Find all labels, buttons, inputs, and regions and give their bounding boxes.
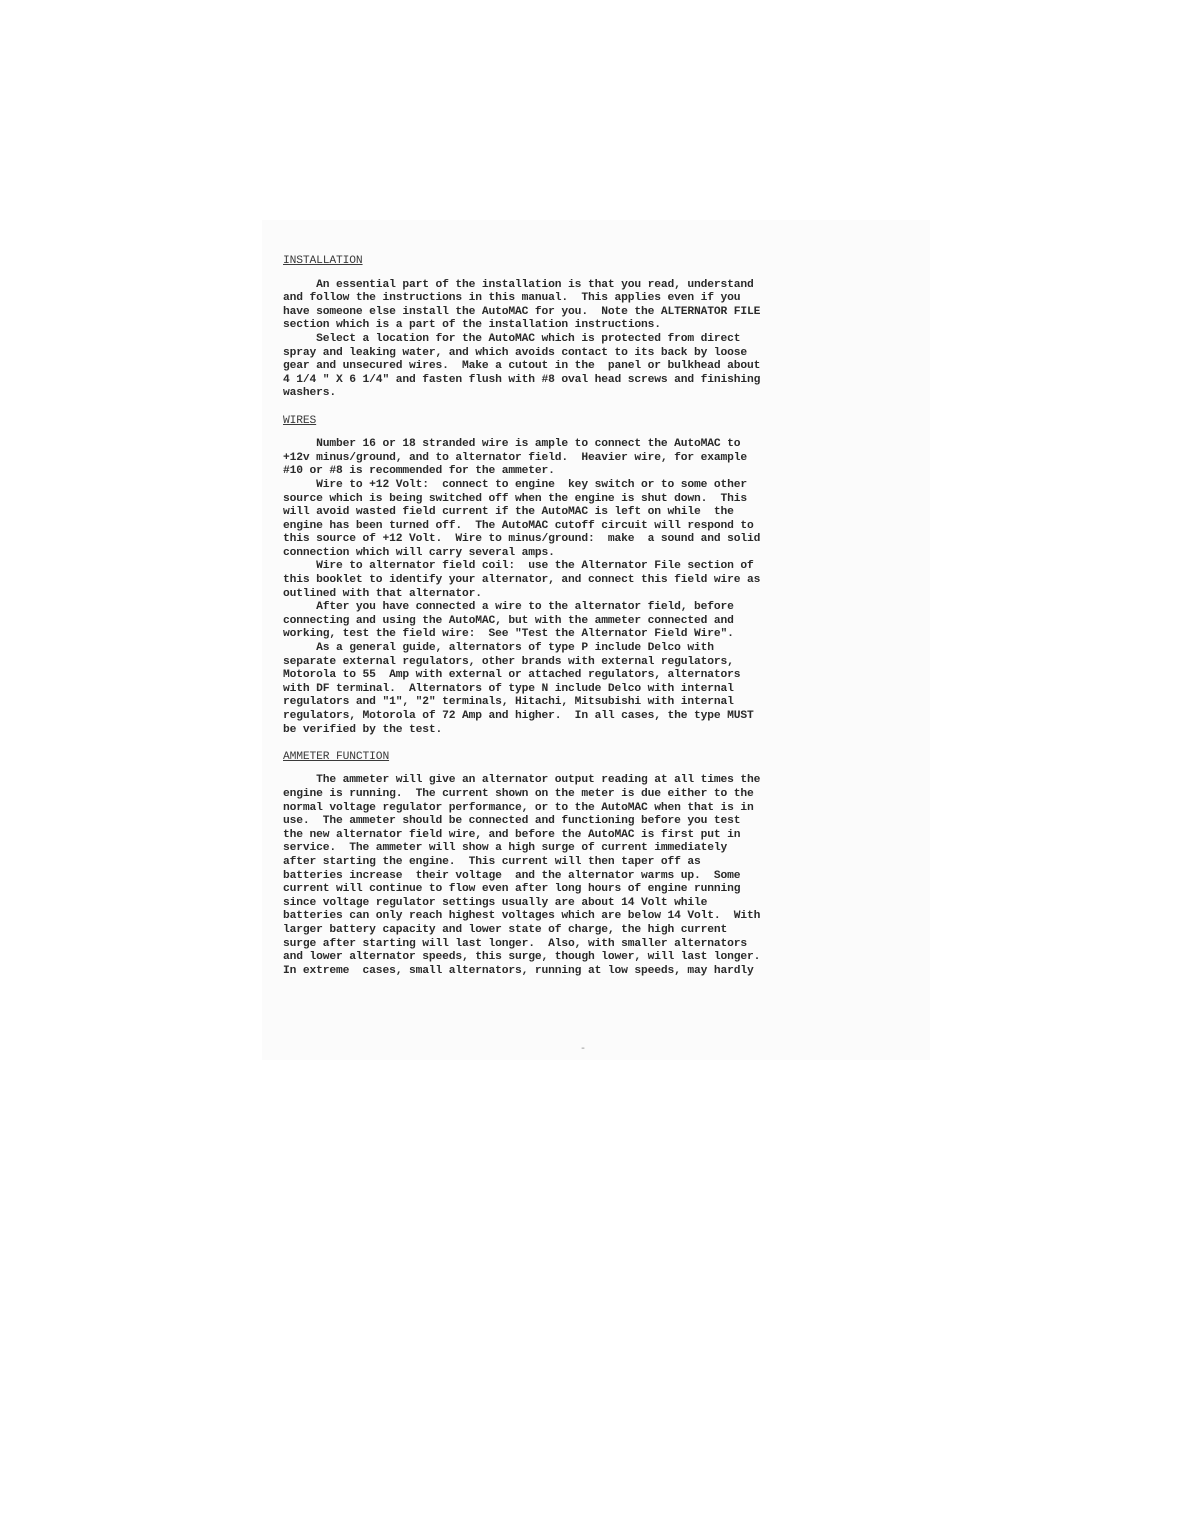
text-line: service. The ammeter will show a high su…: [283, 842, 903, 856]
section-heading: INSTALLATION: [283, 255, 903, 269]
text-line: gear and unsecured wires. Make a cutout …: [283, 360, 903, 374]
text-line: be verified by the test.: [283, 724, 903, 738]
text-line: working, test the field wire: See "Test …: [283, 628, 903, 642]
page-marker: -: [580, 1044, 586, 1055]
text-line: larger battery capacity and lower state …: [283, 924, 903, 938]
text-line: engine is running. The current shown on …: [283, 788, 903, 802]
text-line: engine has been turned off. The AutoMAC …: [283, 520, 903, 534]
text-line: after starting the engine. This current …: [283, 856, 903, 870]
text-line: current will continue to flow even after…: [283, 883, 903, 897]
text-line: #10 or #8 is recommended for the ammeter…: [283, 465, 903, 479]
text-line: batteries increase their voltage and the…: [283, 870, 903, 884]
text-line: connection which will carry several amps…: [283, 547, 903, 561]
text-line: An essential part of the installation is…: [283, 279, 903, 293]
text-line: normal voltage regulator performance, or…: [283, 802, 903, 816]
section-heading: AMMETER FUNCTION: [283, 751, 903, 765]
section-heading: WIRES: [283, 415, 903, 429]
text-line: separate external regulators, other bran…: [283, 656, 903, 670]
text-line: regulators and "1", "2" terminals, Hitac…: [283, 696, 903, 710]
text-line: and lower alternator speeds, this surge,…: [283, 951, 903, 965]
text-line: +12v minus/ground, and to alternator fie…: [283, 452, 903, 466]
text-line: After you have connected a wire to the a…: [283, 601, 903, 615]
text-line: with DF terminal. Alternators of type N …: [283, 683, 903, 697]
text-line: Wire to +12 Volt: connect to engine key …: [283, 479, 903, 493]
text-line: outlined with that alternator.: [283, 588, 903, 602]
text-line: use. The ammeter should be connected and…: [283, 815, 903, 829]
text-line: washers.: [283, 387, 903, 401]
text-line: Number 16 or 18 stranded wire is ample t…: [283, 438, 903, 452]
section-wires: WIRES Number 16 or 18 stranded wire is a…: [283, 415, 903, 738]
text-line: this source of +12 Volt. Wire to minus/g…: [283, 533, 903, 547]
text-line: the new alternator field wire, and befor…: [283, 829, 903, 843]
text-line: The ammeter will give an alternator outp…: [283, 774, 903, 788]
section-installation: INSTALLATION An essential part of the in…: [283, 255, 903, 401]
section-ammeter-function: AMMETER FUNCTION The ammeter will give a…: [283, 751, 903, 979]
text-line: surge after starting will last longer. A…: [283, 938, 903, 952]
text-line: and follow the instructions in this manu…: [283, 292, 903, 306]
document-page: INSTALLATION An essential part of the in…: [283, 255, 903, 978]
text-line: 4 1/4 " X 6 1/4" and fasten flush with #…: [283, 374, 903, 388]
text-line: this booklet to identify your alternator…: [283, 574, 903, 588]
text-line: As a general guide, alternators of type …: [283, 642, 903, 656]
text-line: regulators, Motorola of 72 Amp and highe…: [283, 710, 903, 724]
text-line: since voltage regulator settings usually…: [283, 897, 903, 911]
text-line: Motorola to 55 Amp with external or atta…: [283, 669, 903, 683]
text-line: section which is a part of the installat…: [283, 319, 903, 333]
text-line: batteries can only reach highest voltage…: [283, 910, 903, 924]
text-line: spray and leaking water, and which avoid…: [283, 347, 903, 361]
text-line: In extreme cases, small alternators, run…: [283, 965, 903, 979]
text-line: have someone else install the AutoMAC fo…: [283, 306, 903, 320]
text-line: Select a location for the AutoMAC which …: [283, 333, 903, 347]
text-line: Wire to alternator field coil: use the A…: [283, 560, 903, 574]
text-line: source which is being switched off when …: [283, 493, 903, 507]
text-line: will avoid wasted field current if the A…: [283, 506, 903, 520]
text-line: connecting and using the AutoMAC, but wi…: [283, 615, 903, 629]
